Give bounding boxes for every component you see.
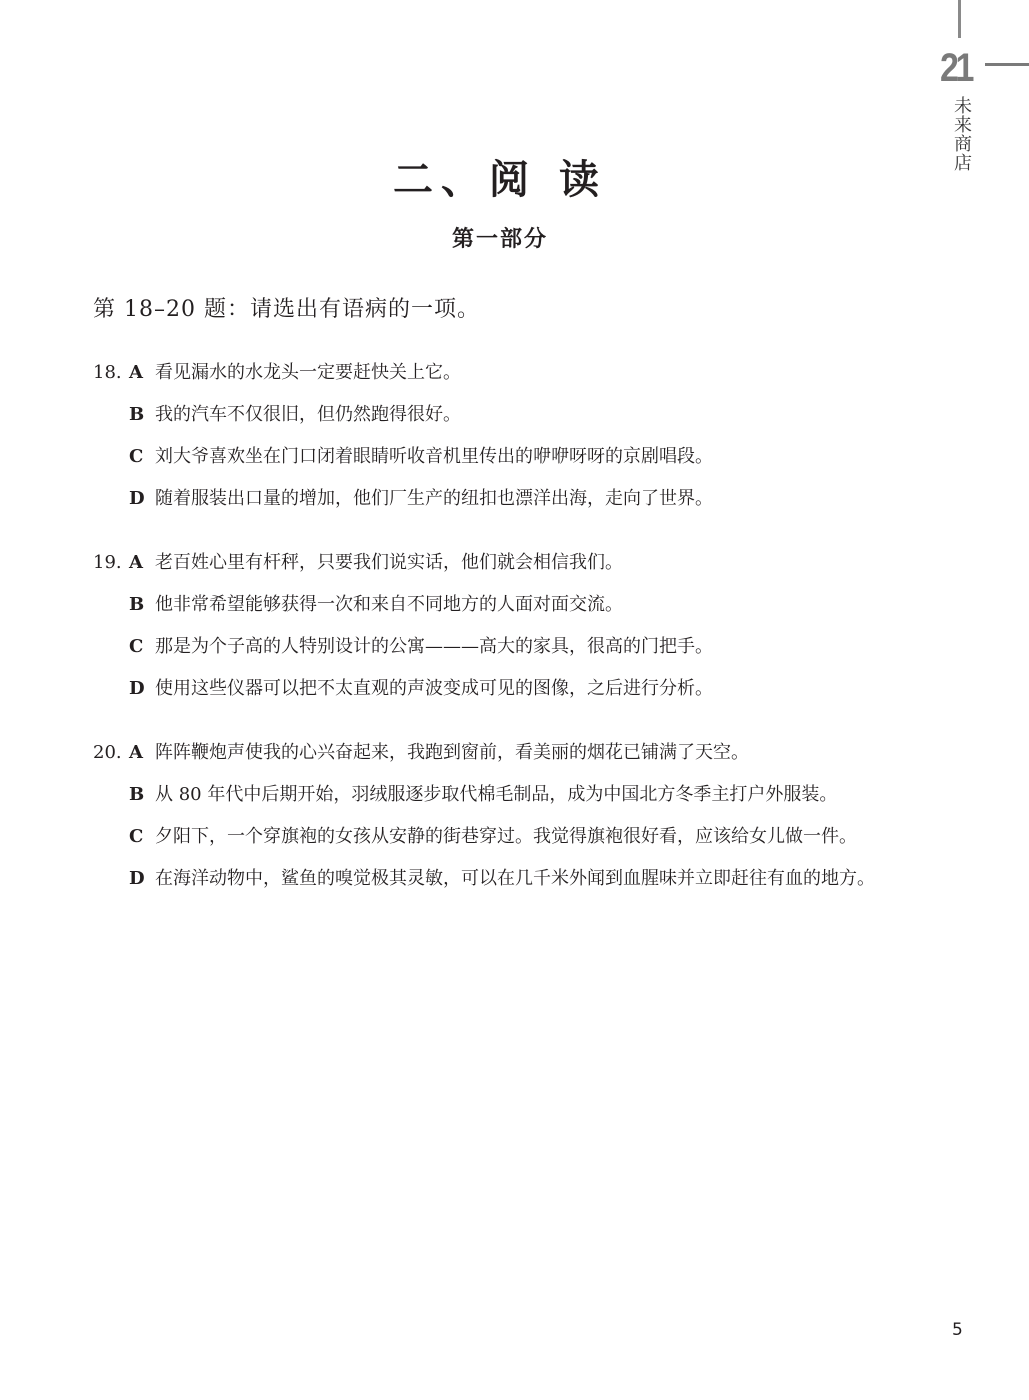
option-b: B 我的汽车不仅很旧，但仍然跑得很好。 xyxy=(93,394,923,436)
option-letter: D xyxy=(129,858,155,900)
instruction-text: 第 18–20 题：请选出有语病的一项。 xyxy=(93,292,480,323)
option-letter: A xyxy=(129,352,155,394)
option-letter: B xyxy=(129,774,155,816)
option-text: 老百姓心里有杆秤，只要我们说实话，他们就会相信我们。 xyxy=(155,542,923,584)
option-text: 我的汽车不仅很旧，但仍然跑得很好。 xyxy=(155,394,923,436)
option-text: 他非常希望能够获得一次和来自不同地方的人面对面交流。 xyxy=(155,584,923,626)
option-letter: C xyxy=(129,816,155,858)
option-d: D 在海洋动物中，鲨鱼的嗅觉极其灵敏，可以在几千米外闻到血腥味并立即赶往有血的地… xyxy=(93,858,923,900)
option-letter: B xyxy=(129,584,155,626)
option-text: 看见漏水的水龙头一定要赶快关上它。 xyxy=(155,352,923,394)
option-text: 从 80 年代中后期开始，羽绒服逐步取代棉毛制品，成为中国北方冬季主打户外服装。 xyxy=(155,774,923,816)
option-b: B 他非常希望能够获得一次和来自不同地方的人面对面交流。 xyxy=(93,584,923,626)
option-letter: A xyxy=(129,732,155,774)
option-letter: B xyxy=(129,394,155,436)
option-d: D 使用这些仪器可以把不太直观的声波变成可见的图像，之后进行分析。 xyxy=(93,668,923,710)
option-a: 20. A 阵阵鞭炮声使我的心兴奋起来，我跑到窗前，看美丽的烟花已铺满了天空。 xyxy=(93,732,923,774)
option-text: 阵阵鞭炮声使我的心兴奋起来，我跑到窗前，看美丽的烟花已铺满了天空。 xyxy=(155,732,923,774)
question-18: 18. A 看见漏水的水龙头一定要赶快关上它。 B 我的汽车不仅很旧，但仍然跑得… xyxy=(93,352,923,520)
option-c: C 那是为个子高的人特别设计的公寓———高大的家具，很高的门把手。 xyxy=(93,626,923,668)
question-number: 20. xyxy=(93,732,129,774)
option-letter: D xyxy=(129,668,155,710)
option-c: C 刘大爷喜欢坐在门口闭着眼睛听收音机里传出的咿咿呀呀的京剧唱段。 xyxy=(93,436,923,478)
question-19: 19. A 老百姓心里有杆秤，只要我们说实话，他们就会相信我们。 B 他非常希望… xyxy=(93,542,923,710)
option-a: 18. A 看见漏水的水龙头一定要赶快关上它。 xyxy=(93,352,923,394)
option-letter: C xyxy=(129,626,155,668)
option-text: 那是为个子高的人特别设计的公寓———高大的家具，很高的门把手。 xyxy=(155,626,923,668)
option-a: 19. A 老百姓心里有杆秤，只要我们说实话，他们就会相信我们。 xyxy=(93,542,923,584)
unit-number: 21 xyxy=(940,46,971,90)
question-number: 18. xyxy=(93,352,129,394)
section-title: 二、阅 读 xyxy=(0,148,1000,205)
option-text: 随着服装出口量的增加，他们厂生产的纽扣也漂洋出海，走向了世界。 xyxy=(155,478,923,520)
option-letter: A xyxy=(129,542,155,584)
part-title: 第一部分 xyxy=(0,222,1000,253)
unit-dash-line xyxy=(985,63,1029,66)
option-letter: C xyxy=(129,436,155,478)
page-number: 5 xyxy=(952,1320,963,1340)
option-d: D 随着服装出口量的增加，他们厂生产的纽扣也漂洋出海，走向了世界。 xyxy=(93,478,923,520)
question-list: 18. A 看见漏水的水龙头一定要赶快关上它。 B 我的汽车不仅很旧，但仍然跑得… xyxy=(93,352,923,922)
option-b: B 从 80 年代中后期开始，羽绒服逐步取代棉毛制品，成为中国北方冬季主打户外服… xyxy=(93,774,923,816)
option-text: 使用这些仪器可以把不太直观的声波变成可见的图像，之后进行分析。 xyxy=(155,668,923,710)
side-divider-line xyxy=(958,0,961,38)
option-c: C 夕阳下，一个穿旗袍的女孩从安静的街巷穿过。我觉得旗袍很好看，应该给女儿做一件… xyxy=(93,816,923,858)
option-text: 夕阳下，一个穿旗袍的女孩从安静的街巷穿过。我觉得旗袍很好看，应该给女儿做一件。 xyxy=(155,816,923,858)
question-20: 20. A 阵阵鞭炮声使我的心兴奋起来，我跑到窗前，看美丽的烟花已铺满了天空。 … xyxy=(93,732,923,900)
option-letter: D xyxy=(129,478,155,520)
option-text: 在海洋动物中，鲨鱼的嗅觉极其灵敏，可以在几千米外闻到血腥味并立即赶往有血的地方。 xyxy=(155,858,923,900)
question-number: 19. xyxy=(93,542,129,584)
option-text: 刘大爷喜欢坐在门口闭着眼睛听收音机里传出的咿咿呀呀的京剧唱段。 xyxy=(155,436,923,478)
